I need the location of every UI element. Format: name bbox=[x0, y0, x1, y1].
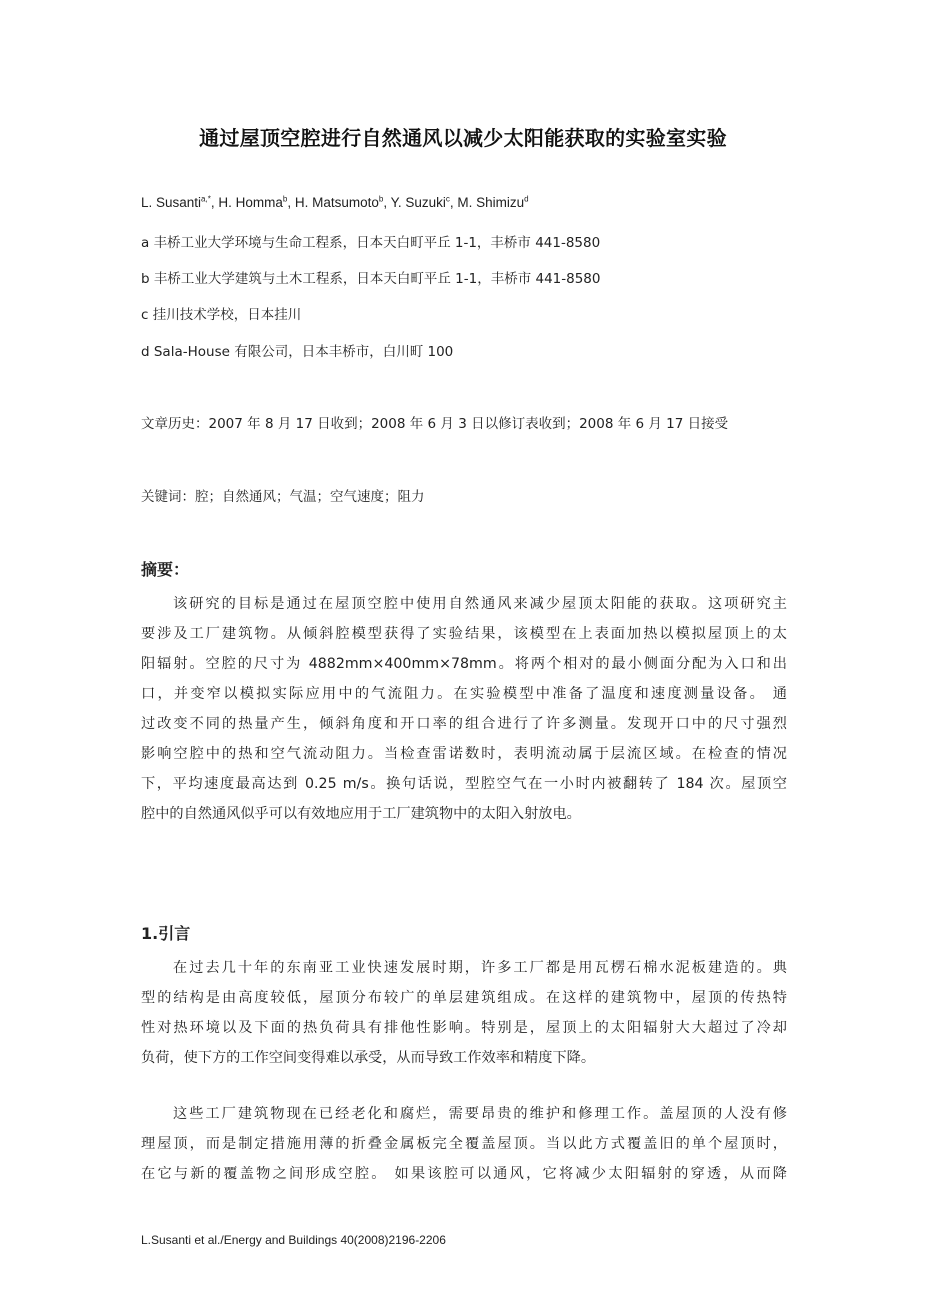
citation-footer: L.Susanti et al./Energy and Buildings 40… bbox=[141, 1233, 446, 1247]
body-line: 性对热环境以及下面的热负荷具有排他性影响。特别是，屋顶上的太阳辐射大大超过了冷却 bbox=[141, 1013, 787, 1043]
author-name: H. Homma bbox=[218, 195, 283, 210]
author-separator: , bbox=[287, 195, 295, 210]
body-line: 在它与新的覆盖物之间形成空腔。 如果该腔可以通风，它将减少太阳辐射的穿透，从而降 bbox=[141, 1159, 787, 1189]
author-list: L. Susantia,*, H. Hommab, H. Matsumotob,… bbox=[141, 195, 529, 210]
affiliation-c: c 挂川技术学校，日本挂川 bbox=[141, 303, 301, 323]
abstract-body: 该研究的目标是通过在屋顶空腔中使用自然通风来减少屋顶太阳能的获取。这项研究主 要… bbox=[141, 589, 787, 829]
author-name: L. Susanti bbox=[141, 195, 201, 210]
document-page: 通过屋顶空腔进行自然通风以减少太阳能获取的实验室实验 L. Susantia,*… bbox=[0, 0, 926, 1309]
abstract-line: 阳辐射。空腔的尺寸为 4882mm×400mm×78mm。将两个相对的最小侧面分… bbox=[141, 649, 787, 679]
author-name: Y. Suzuki bbox=[391, 195, 446, 210]
section-1-paragraph-2: 这些工厂建筑物现在已经老化和腐烂，需要昂贵的维护和修理工作。盖屋顶的人没有修 理… bbox=[141, 1099, 787, 1189]
section-1-heading: 1.引言 bbox=[141, 921, 190, 944]
keywords: 关键词：腔；自然通风；气温；空气速度；阻力 bbox=[141, 485, 425, 505]
author-affiliation-mark: d bbox=[524, 195, 528, 204]
affiliation-d: d Sala-House 有限公司，日本丰桥市，白川町 100 bbox=[141, 340, 453, 360]
abstract-line: 过改变不同的热量产生，倾斜角度和开口率的组合进行了许多测量。发现开口中的尺寸强烈 bbox=[141, 709, 787, 739]
abstract-line: 该研究的目标是通过在屋顶空腔中使用自然通风来减少屋顶太阳能的获取。这项研究主 bbox=[141, 589, 787, 619]
author-name: M. Shimizu bbox=[457, 195, 524, 210]
body-line: 负荷，使下方的工作空间变得难以承受，从而导致工作效率和精度下降。 bbox=[141, 1043, 787, 1073]
article-history: 文章历史：2007 年 8 月 17 日收到；2008 年 6 月 3 日以修订… bbox=[141, 412, 728, 432]
abstract-line: 要涉及工厂建筑物。从倾斜腔模型获得了实验结果，该模型在上表面加热以模拟屋顶上的太 bbox=[141, 619, 787, 649]
body-line: 这些工厂建筑物现在已经老化和腐烂，需要昂贵的维护和修理工作。盖屋顶的人没有修 bbox=[141, 1099, 787, 1129]
author-name: H. Matsumoto bbox=[295, 195, 379, 210]
abstract-line: 口，并变窄以模拟实际应用中的气流阻力。在实验模型中准备了温度和速度测量设备。 通 bbox=[141, 679, 787, 709]
abstract-line: 下，平均速度最高达到 0.25 m/s。换句话说，型腔空气在一小时内被翻转了 1… bbox=[141, 769, 787, 799]
body-line: 在过去几十年的东南亚工业快速发展时期，许多工厂都是用瓦楞石棉水泥板建造的。典 bbox=[141, 953, 787, 983]
affiliation-a: a 丰桥工业大学环境与生命工程系，日本天白町平丘 1-1，丰桥市 441-858… bbox=[141, 231, 600, 251]
body-line: 型的结构是由高度较低，屋顶分布较广的单层建筑组成。在这样的建筑物中，屋顶的传热特 bbox=[141, 983, 787, 1013]
author-separator: , bbox=[383, 195, 390, 210]
abstract-heading: 摘要： bbox=[141, 557, 189, 580]
affiliation-b: b 丰桥工业大学建筑与土木工程系，日本天白町平丘 1-1，丰桥市 441-858… bbox=[141, 267, 601, 287]
body-line: 理屋顶，而是制定措施用薄的折叠金属板完全覆盖屋顶。当以此方式覆盖旧的单个屋顶时， bbox=[141, 1129, 787, 1159]
author-affiliation-mark: a,* bbox=[201, 195, 211, 204]
paper-title: 通过屋顶空腔进行自然通风以减少太阳能获取的实验室实验 bbox=[0, 122, 926, 151]
abstract-line: 腔中的自然通风似乎可以有效地应用于工厂建筑物中的太阳入射放电。 bbox=[141, 799, 787, 829]
section-1-paragraph-1: 在过去几十年的东南亚工业快速发展时期，许多工厂都是用瓦楞石棉水泥板建造的。典 型… bbox=[141, 953, 787, 1073]
abstract-line: 影响空腔中的热和空气流动阻力。当检查雷诺数时，表明流动属于层流区域。在检查的情况 bbox=[141, 739, 787, 769]
